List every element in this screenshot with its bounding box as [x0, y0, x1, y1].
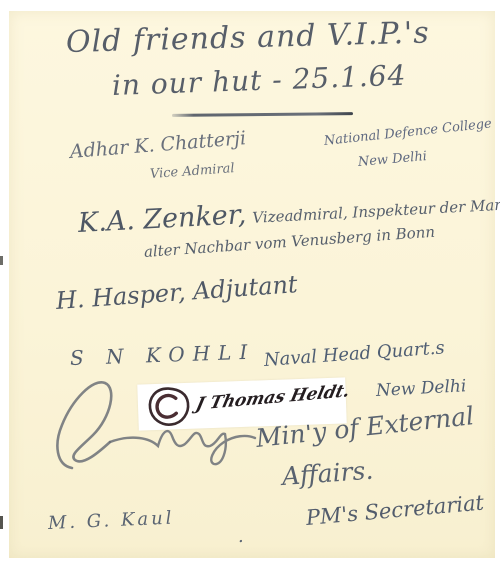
org-kohli-line2: New Delhi	[376, 378, 467, 400]
copyright-watermark: J Thomas Heldt.	[137, 377, 346, 430]
signature-kohli: S N KOHLI	[70, 342, 256, 368]
edge-mark	[0, 256, 3, 265]
dept-mea-line2: Affairs.	[281, 458, 374, 489]
kaul-separator-dot: .	[238, 528, 244, 546]
watermark-text: J Thomas Heldt.	[194, 383, 351, 414]
copyright-circle-icon	[145, 385, 192, 429]
edge-mark	[0, 516, 3, 529]
scanned-guestbook-page: Old friends and V.I.P.'s in our hut - 25…	[0, 0, 500, 564]
